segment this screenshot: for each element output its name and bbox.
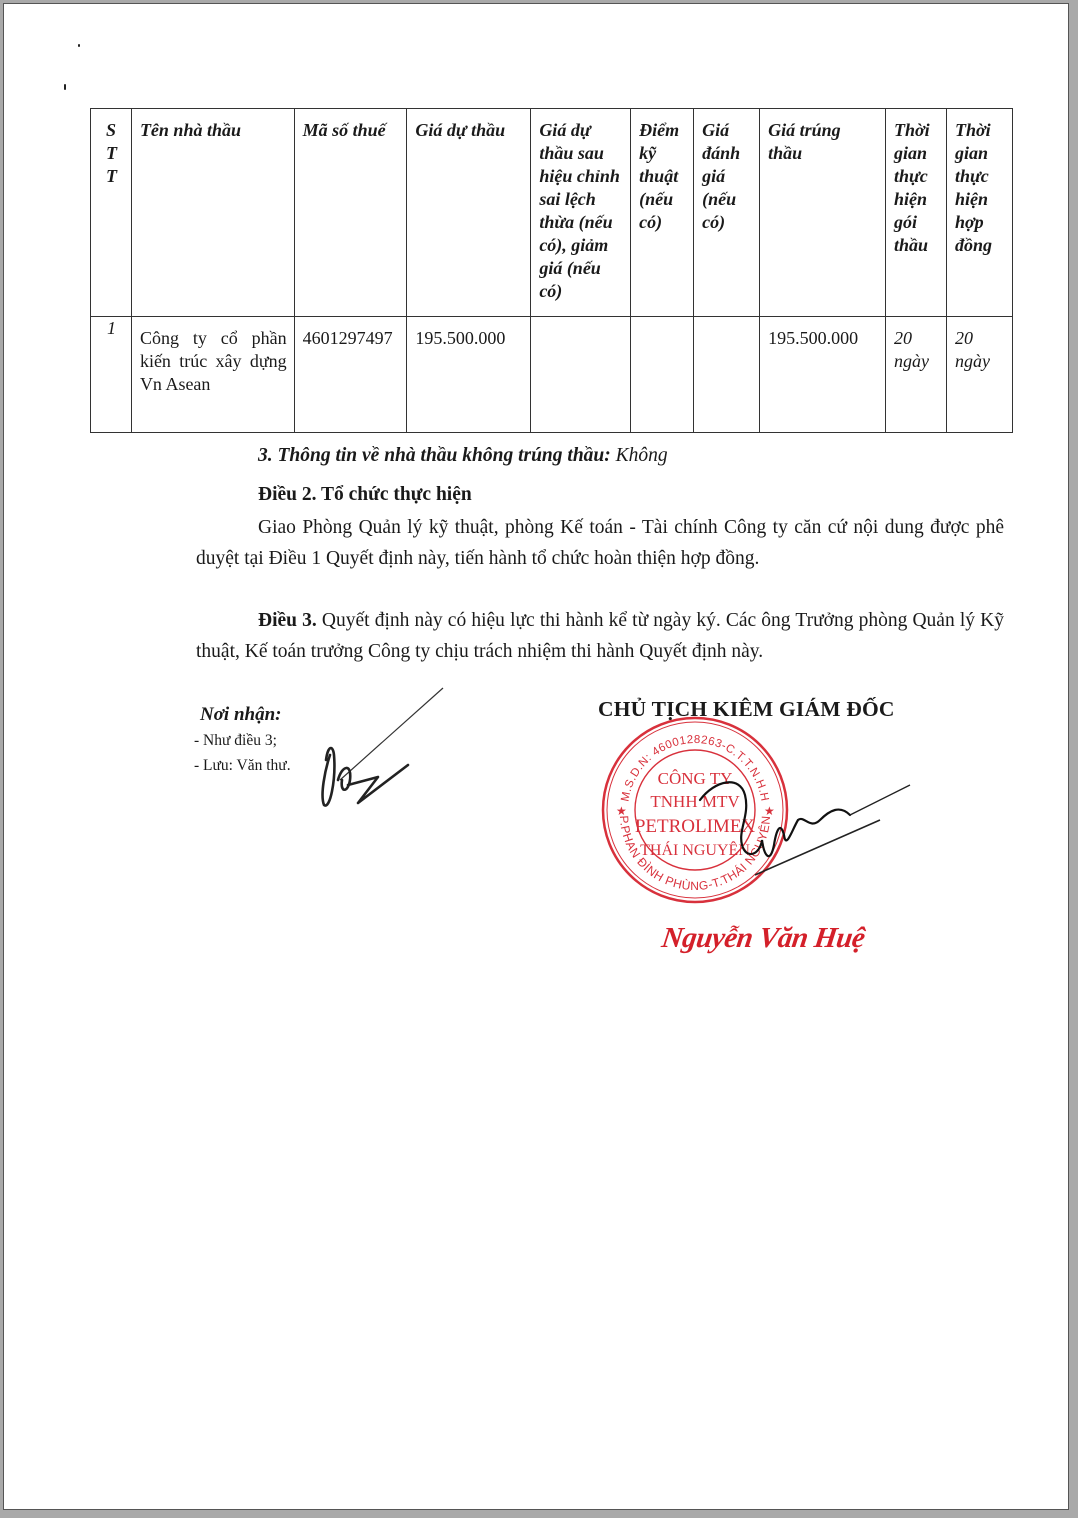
cell-adjusted-price — [531, 317, 631, 433]
cell-contract-duration: 20 ngày — [946, 317, 1012, 433]
section-3-label: 3. Thông tin về nhà thầu không trúng thầ… — [258, 445, 611, 466]
signer-name: Nguyễn Văn Huệ — [660, 922, 867, 955]
table-row: 1 Công ty cổ phần kiến trúc xây dựng Vn … — [91, 317, 1013, 433]
header-package-duration: Thời gian thực hiện gói thầu — [886, 109, 947, 317]
cell-winning-price: 195.500.000 — [760, 317, 886, 433]
cell-tax-code: 4601297497 — [294, 317, 407, 433]
section-3-losing-bidders: 3. Thông tin về nhà thầu không trúng thầ… — [258, 440, 1066, 471]
header-adjusted-price: Giá dự thầu sau hiệu chỉnh sai lệch thừa… — [531, 109, 631, 317]
cell-bid-price: 195.500.000 — [407, 317, 531, 433]
stamp-line-4: THÁI NGUYÊN — [640, 840, 750, 859]
cell-evaluated-price — [694, 317, 760, 433]
stamp-line-2: TNHH MTV — [650, 792, 740, 811]
section-3-value: Không — [616, 445, 668, 466]
recipients-block: Nơi nhận: - Như điều 3; - Lưu: Văn thư. — [194, 702, 291, 778]
recipients-title: Nơi nhận: — [200, 702, 291, 728]
scan-speck — [78, 44, 80, 47]
header-bid-price: Giá dự thầu — [407, 109, 531, 317]
article-3-body: Quyết định này có hiệu lực thi hành kể t… — [196, 610, 1004, 662]
bid-results-table: S T T Tên nhà thầu Mã số thuế Giá dự thầ… — [90, 108, 1013, 433]
svg-text:★: ★ — [616, 804, 627, 818]
header-evaluated-price: Giá đánh giá (nếu có) — [694, 109, 760, 317]
header-stt: S T T — [91, 109, 132, 317]
header-winning-price: Giá trúng thầu — [760, 109, 886, 317]
article-3: Điều 3. Quyết định này có hiệu lực thi h… — [196, 605, 1004, 667]
stamp-line-1: CÔNG TY — [658, 769, 733, 788]
article-2-body: Giao Phòng Quản lý kỹ thuật, phòng Kế to… — [196, 512, 1004, 574]
company-seal: M.S.D.N: 4600128263-C.T.T.N.H.H P.PHAN Đ… — [600, 715, 790, 905]
cell-stt: 1 — [91, 317, 132, 433]
cell-package-duration: 20 ngày — [886, 317, 947, 433]
cell-technical-score — [631, 317, 694, 433]
article-3-heading: Điều 3. — [258, 610, 317, 631]
header-technical-score: Điểm kỹ thuật (nếu có) — [631, 109, 694, 317]
stamp-line-3: PETROLIMEX — [635, 816, 756, 837]
cell-contractor: Công ty cổ phần kiến trúc xây dựng Vn As… — [131, 317, 294, 433]
table-header-row: S T T Tên nhà thầu Mã số thuế Giá dự thầ… — [91, 109, 1013, 317]
scan-speck — [64, 84, 66, 90]
header-contract-duration: Thời gian thực hiện hợp đồng — [946, 109, 1012, 317]
header-contractor: Tên nhà thầu — [131, 109, 294, 317]
header-tax-code: Mã số thuế — [294, 109, 407, 317]
recipient-item: - Lưu: Văn thư. — [194, 753, 291, 778]
svg-text:★: ★ — [764, 804, 775, 818]
article-2-heading: Điều 2. Tổ chức thực hiện — [258, 479, 1066, 510]
recipient-item: - Như điều 3; — [194, 728, 291, 753]
